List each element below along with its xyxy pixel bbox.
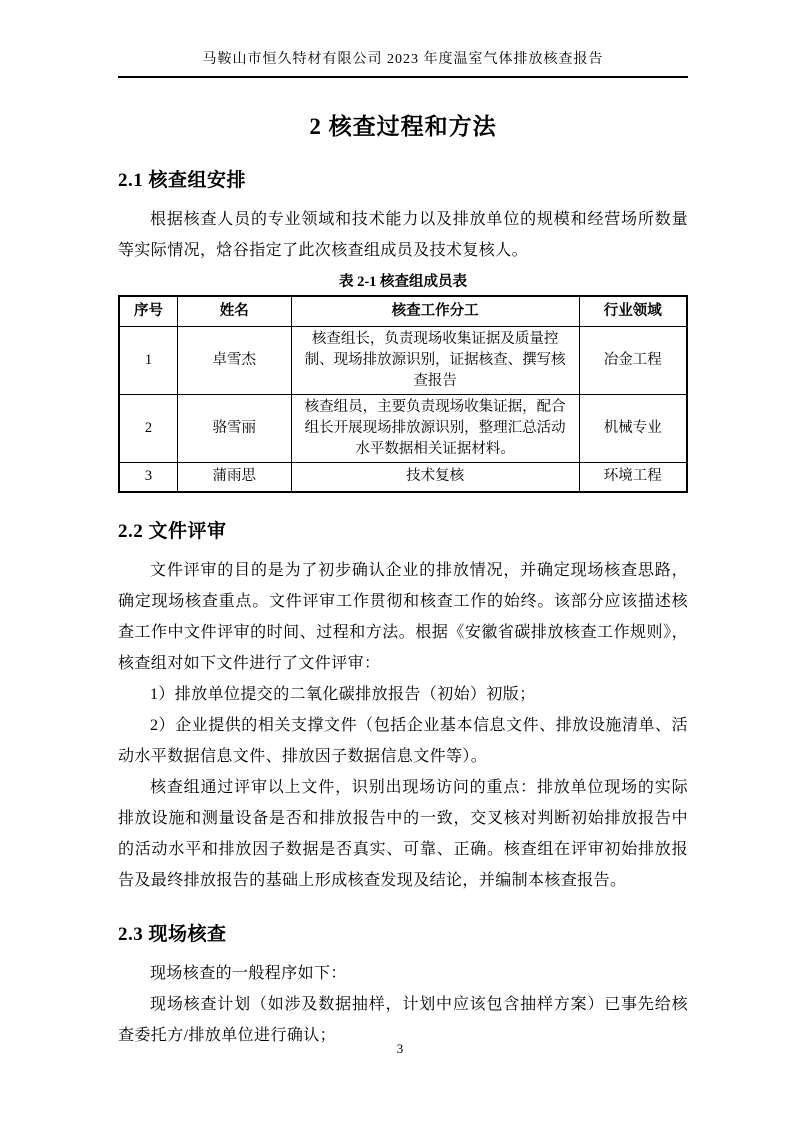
cell-name: 卓雪杰 xyxy=(178,326,292,394)
section-heading-2-3: 2.3 现场核查 xyxy=(118,922,688,948)
section-2-2-paragraph-2: 核查组通过评审以上文件，识别出现场访问的重点：排放单位现场的实际排放设施和测量设… xyxy=(118,772,688,896)
col-header-name: 姓名 xyxy=(178,296,292,326)
col-header-seq: 序号 xyxy=(119,296,178,326)
table-2-1-caption: 表 2-1 核查组成员表 xyxy=(118,272,688,292)
cell-seq: 1 xyxy=(119,326,178,394)
section-heading-2-1: 2.1 核查组安排 xyxy=(118,168,688,194)
cell-name: 蒲雨思 xyxy=(178,462,292,492)
section-2-1-paragraph: 根据核查人员的专业领域和技术能力以及排放单位的规模和经营场所数量等实际情况，焓谷… xyxy=(118,204,688,266)
section-2-2-list-item-1: 1）排放单位提交的二氧化碳排放报告（初始）初版； xyxy=(118,679,688,710)
cell-field: 冶金工程 xyxy=(579,326,687,394)
running-header: 马鞍山市恒久特材有限公司 2023 年度温室气体排放核查报告 xyxy=(118,50,688,78)
col-header-field: 行业领域 xyxy=(579,296,687,326)
report-page: 马鞍山市恒久特材有限公司 2023 年度温室气体排放核查报告 2 核查过程和方法… xyxy=(0,0,800,1131)
running-header-title: 马鞍山市恒久特材有限公司 2023 年度温室气体排放核查报告 xyxy=(118,50,688,70)
table-row: 3 蒲雨思 技术复核 环境工程 xyxy=(119,462,687,492)
cell-seq: 3 xyxy=(119,462,178,492)
chapter-title: 2 核查过程和方法 xyxy=(118,112,688,142)
table-row: 2 骆雪丽 核查组员，主要负责现场收集证据，配合组长开展现场排放源识别，整理汇总… xyxy=(119,394,687,462)
table-row: 1 卓雪杰 核查组长，负责现场收集证据及质量控制、现场排放源识别，证据核查、撰写… xyxy=(119,326,687,394)
col-header-duty: 核查工作分工 xyxy=(291,296,579,326)
cell-duty: 核查组长，负责现场收集证据及质量控制、现场排放源识别，证据核查、撰写核查报告 xyxy=(291,326,579,394)
section-heading-2-2: 2.2 文件评审 xyxy=(118,519,688,545)
cell-name: 骆雪丽 xyxy=(178,394,292,462)
page-number: 3 xyxy=(0,1040,800,1058)
verification-team-table: 序号 姓名 核查工作分工 行业领域 1 卓雪杰 核查组长，负责现场收集证据及质量… xyxy=(118,295,688,493)
section-2-2-paragraph-1: 文件评审的目的是为了初步确认企业的排放情况，并确定现场核查思路，确定现场核查重点… xyxy=(118,555,688,679)
cell-duty: 核查组员，主要负责现场收集证据，配合组长开展现场排放源识别，整理汇总活动水平数据… xyxy=(291,394,579,462)
section-2-2-list-item-2: 2）企业提供的相关支撑文件（包括企业基本信息文件、排放设施清单、活动水平数据信息… xyxy=(118,710,688,772)
table-header-row: 序号 姓名 核查工作分工 行业领域 xyxy=(119,296,687,326)
section-2-3-paragraph-1: 现场核查的一般程序如下： xyxy=(118,958,688,989)
cell-seq: 2 xyxy=(119,394,178,462)
cell-duty: 技术复核 xyxy=(291,462,579,492)
cell-field: 环境工程 xyxy=(579,462,687,492)
cell-field: 机械专业 xyxy=(579,394,687,462)
